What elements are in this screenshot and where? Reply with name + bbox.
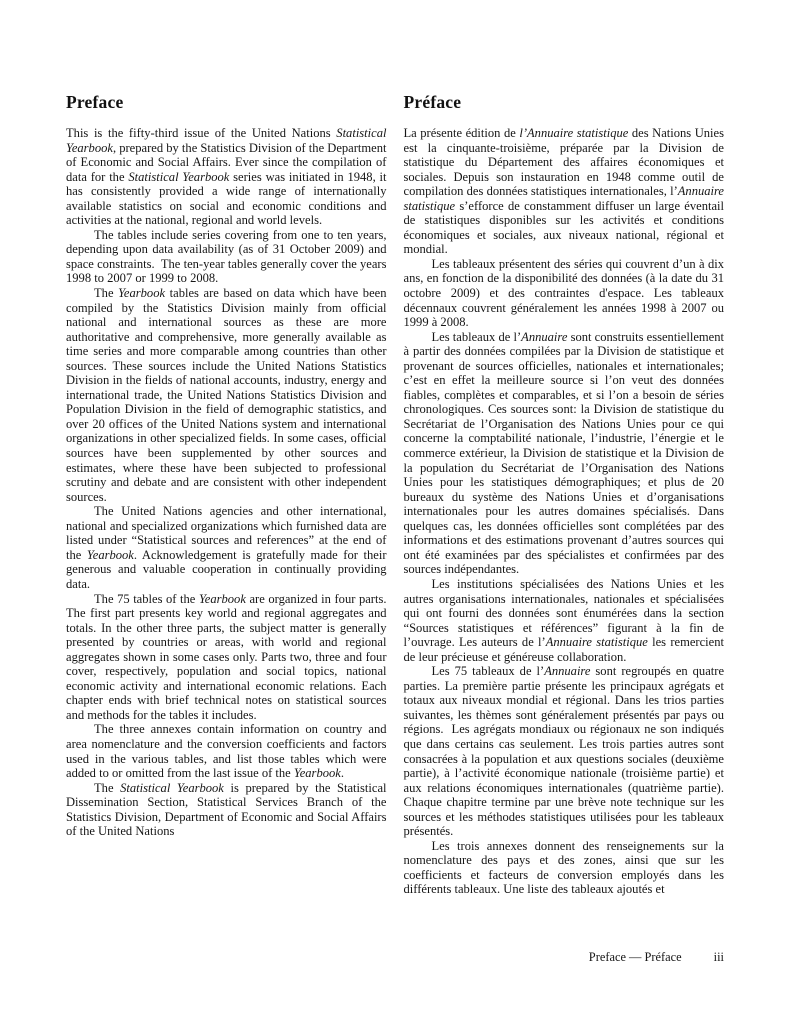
text-run: Les 75 tableaux de l’ xyxy=(432,664,545,678)
paragraphs-french: La présente édition de l’Annuaire statis… xyxy=(404,126,725,897)
page-number: iii xyxy=(714,950,724,965)
text-run: The 75 tables of the xyxy=(94,592,199,606)
page-footer: Preface — Préfaceiii xyxy=(589,950,724,965)
text-run: The xyxy=(94,286,118,300)
text-run: tables are based on data which have been… xyxy=(66,286,387,504)
italic-text-run: Yearbook xyxy=(199,592,246,606)
paragraph: Les tableaux présentent des séries qui c… xyxy=(404,257,725,330)
text-run: This is the fifty-third issue of the Uni… xyxy=(66,126,336,140)
text-run: sont construits essentiellement à partir… xyxy=(404,330,725,577)
paragraph: La présente édition de l’Annuaire statis… xyxy=(404,126,725,257)
paragraph: The Yearbook tables are based on data wh… xyxy=(66,286,387,504)
document-page: Preface This is the fifty-third issue of… xyxy=(0,0,791,1024)
paragraph: The United Nations agencies and other in… xyxy=(66,504,387,591)
paragraph: Les 75 tableaux de l’Annuaire sont regro… xyxy=(404,664,725,839)
paragraphs-english: This is the fifty-third issue of the Uni… xyxy=(66,126,387,839)
text-run: Les tableaux présentent des séries qui c… xyxy=(404,257,725,329)
paragraph: The Statistical Yearbook is prepared by … xyxy=(66,781,387,839)
italic-text-run: Annuaire xyxy=(521,330,567,344)
column-french: Préface La présente édition de l’Annuair… xyxy=(404,92,725,897)
italic-text-run: Statistical Yearbook xyxy=(120,781,224,795)
text-run: The xyxy=(94,781,120,795)
paragraph: The 75 tables of the Yearbook are organi… xyxy=(66,592,387,723)
text-run: . xyxy=(341,766,344,780)
section-heading-french: Préface xyxy=(404,92,725,113)
column-english: Preface This is the fifty-third issue of… xyxy=(66,92,387,897)
text-run: Les trois annexes donnent des renseignem… xyxy=(404,839,725,897)
italic-text-run: l’Annuaire statistique xyxy=(519,126,628,140)
paragraph: Les tableaux de l’Annuaire sont construi… xyxy=(404,330,725,577)
italic-text-run: Annuaire xyxy=(544,664,590,678)
italic-text-run: Yearbook xyxy=(294,766,341,780)
italic-text-run: Yearbook xyxy=(87,548,134,562)
italic-text-run: Annuaire statistique xyxy=(546,635,648,649)
section-heading-english: Preface xyxy=(66,92,387,113)
text-run: sont regroupés en quatre parties. La pre… xyxy=(404,664,725,838)
paragraph: The three annexes contain information on… xyxy=(66,722,387,780)
text-run: Les tableaux de l’ xyxy=(432,330,522,344)
footer-running-title: Preface — Préface xyxy=(589,950,682,964)
paragraph: This is the fifty-third issue of the Uni… xyxy=(66,126,387,228)
text-run: La présente édition de xyxy=(404,126,520,140)
text-run: The tables include series covering from … xyxy=(66,228,387,286)
text-run: are organized in four parts. The first p… xyxy=(66,592,387,722)
paragraph: Les trois annexes donnent des renseignem… xyxy=(404,839,725,897)
italic-text-run: Yearbook xyxy=(118,286,165,300)
paragraph: The tables include series covering from … xyxy=(66,228,387,286)
two-column-layout: Preface This is the fifty-third issue of… xyxy=(66,92,724,897)
italic-text-run: Statistical Yearbook xyxy=(128,170,229,184)
paragraph: Les institutions spécialisées des Nation… xyxy=(404,577,725,664)
